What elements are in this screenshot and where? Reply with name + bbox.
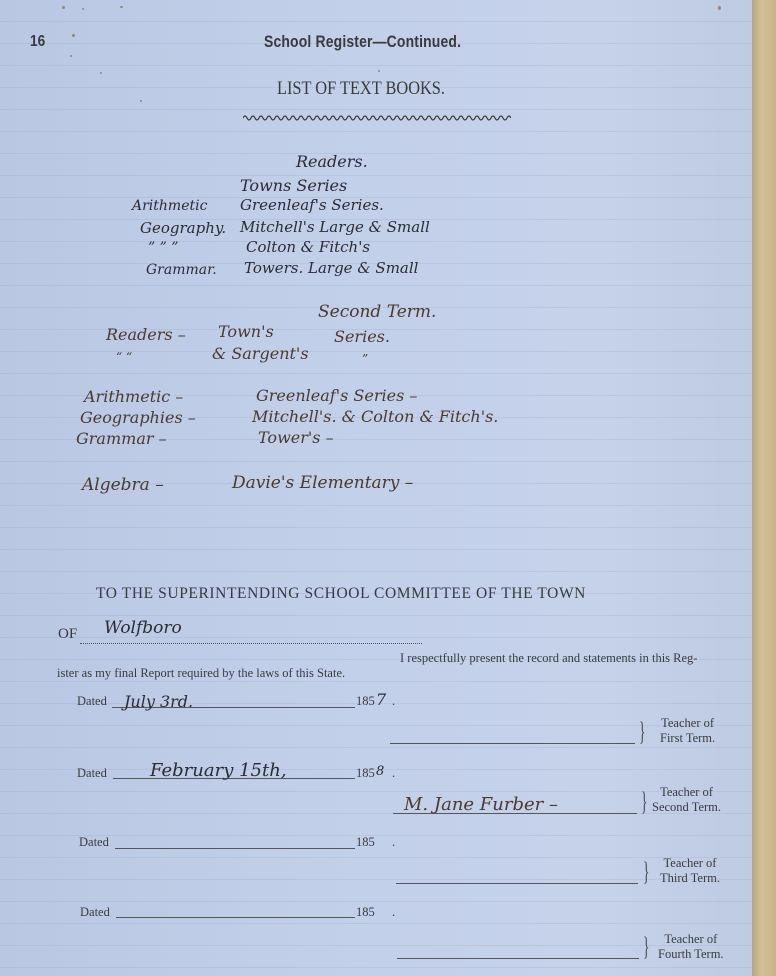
- running-head: School Register—Continued.: [264, 32, 461, 52]
- book-entry: Davie's Elementary –: [232, 473, 413, 493]
- year-prefix: 185: [356, 905, 375, 920]
- book-entry: Greenleaf's Series.: [240, 196, 384, 214]
- book-entry: Towers. Large & Small: [244, 259, 418, 277]
- date-field-value[interactable]: July 3rd.: [124, 692, 193, 711]
- book-entry: Colton & Fitch's: [246, 238, 370, 256]
- year-period: .: [392, 905, 395, 920]
- teacher-term-label: Teacher of Second Term.: [652, 785, 721, 815]
- signature-line[interactable]: [397, 958, 639, 959]
- term-name-text: Third Term.: [660, 871, 720, 886]
- dated-label: Dated: [79, 835, 109, 850]
- year-prefix: 185: [356, 766, 375, 781]
- dated-label: Dated: [80, 905, 110, 920]
- town-field-line: [80, 643, 422, 644]
- dated-label: Dated: [77, 766, 107, 781]
- series-note: Series.: [334, 327, 390, 346]
- term-name-text: Fourth Term.: [658, 947, 724, 962]
- subject-entry: Grammar.: [146, 262, 217, 278]
- dated-label: Dated: [77, 694, 107, 709]
- stain-spot: [82, 8, 84, 10]
- of-label: OF: [58, 626, 77, 643]
- teacher-term-label: Teacher of Fourth Term.: [658, 932, 724, 962]
- subject-entry: Geographies –: [80, 408, 196, 427]
- stain-spot: [140, 100, 142, 102]
- date-field-value[interactable]: February 15th,: [150, 760, 287, 781]
- statement-line-2: ister as my final Report required by the…: [57, 666, 345, 681]
- subject-entry: Readers –: [106, 325, 186, 344]
- stain-spot: [718, 6, 721, 10]
- readers-heading: Readers.: [296, 152, 368, 171]
- signature-line: [390, 743, 635, 744]
- book-entry: Tower's –: [258, 428, 334, 447]
- stain-spot: [70, 55, 72, 57]
- second-term-heading: Second Term.: [318, 302, 436, 322]
- subject-entry: Arithmetic –: [84, 387, 183, 406]
- teacher-term-label: Teacher of First Term.: [660, 716, 715, 746]
- term-name-text: Second Term.: [652, 800, 721, 815]
- town-field-value[interactable]: Wolfboro: [104, 618, 182, 638]
- stain-spot: [378, 70, 380, 72]
- section-title: LIST OF TEXT BOOKS.: [277, 78, 445, 100]
- brace-icon: }: [643, 859, 649, 885]
- committee-heading: TO THE SUPERINTENDING SCHOOL COMMITTEE O…: [96, 585, 586, 603]
- wavy-rule-divider: [243, 114, 511, 122]
- subject-entry: Algebra –: [82, 475, 164, 495]
- subject-entry: Grammar –: [76, 429, 167, 448]
- year-period: .: [392, 694, 395, 709]
- subject-entry: Arithmetic: [132, 198, 207, 214]
- brace-icon: }: [643, 934, 649, 960]
- year-period: .: [392, 766, 395, 781]
- brace-icon: }: [641, 789, 647, 815]
- year-prefix: 185: [356, 835, 375, 850]
- teacher-term-label: Teacher of Third Term.: [660, 856, 720, 886]
- date-field-line[interactable]: [115, 848, 355, 849]
- stain-spot: [100, 72, 102, 74]
- year-suffix: 7: [376, 690, 386, 709]
- stain-spot: [72, 34, 75, 37]
- year-prefix: 185: [356, 694, 375, 709]
- signature-line[interactable]: [396, 883, 638, 884]
- teacher-of-text: Teacher of: [658, 932, 724, 947]
- stain-spot: [120, 6, 123, 8]
- book-entry: Mitchell's Large & Small: [240, 218, 430, 236]
- date-field-line[interactable]: [116, 917, 355, 918]
- ditto-marks: ”: [362, 352, 368, 366]
- book-entry: Town's: [218, 322, 274, 341]
- teacher-of-text: Teacher of: [652, 785, 721, 800]
- book-entry: Mitchell's. & Colton & Fitch's.: [252, 407, 498, 426]
- binding-edge: [752, 0, 776, 976]
- year-suffix: 8: [376, 764, 384, 779]
- stain-spot: [62, 6, 65, 9]
- register-page: 16 School Register—Continued. LIST OF TE…: [0, 0, 752, 976]
- book-entry: Greenleaf's Series –: [256, 386, 417, 405]
- teacher-signature[interactable]: M. Jane Furber –: [404, 794, 558, 815]
- teacher-of-text: Teacher of: [660, 716, 715, 731]
- ditto-marks: “ “: [116, 350, 132, 364]
- teacher-of-text: Teacher of: [660, 856, 720, 871]
- page-number: 16: [30, 33, 45, 51]
- statement-line-1: I respectfully present the record and st…: [400, 651, 697, 666]
- term-name-text: First Term.: [660, 731, 715, 746]
- year-period: .: [392, 835, 395, 850]
- book-entry: & Sargent's: [212, 344, 309, 363]
- book-entry: Towns Series: [240, 176, 347, 195]
- subject-entry: Geography.: [140, 219, 226, 237]
- ditto-marks: ” ” ”: [148, 240, 178, 256]
- brace-icon: }: [639, 719, 645, 745]
